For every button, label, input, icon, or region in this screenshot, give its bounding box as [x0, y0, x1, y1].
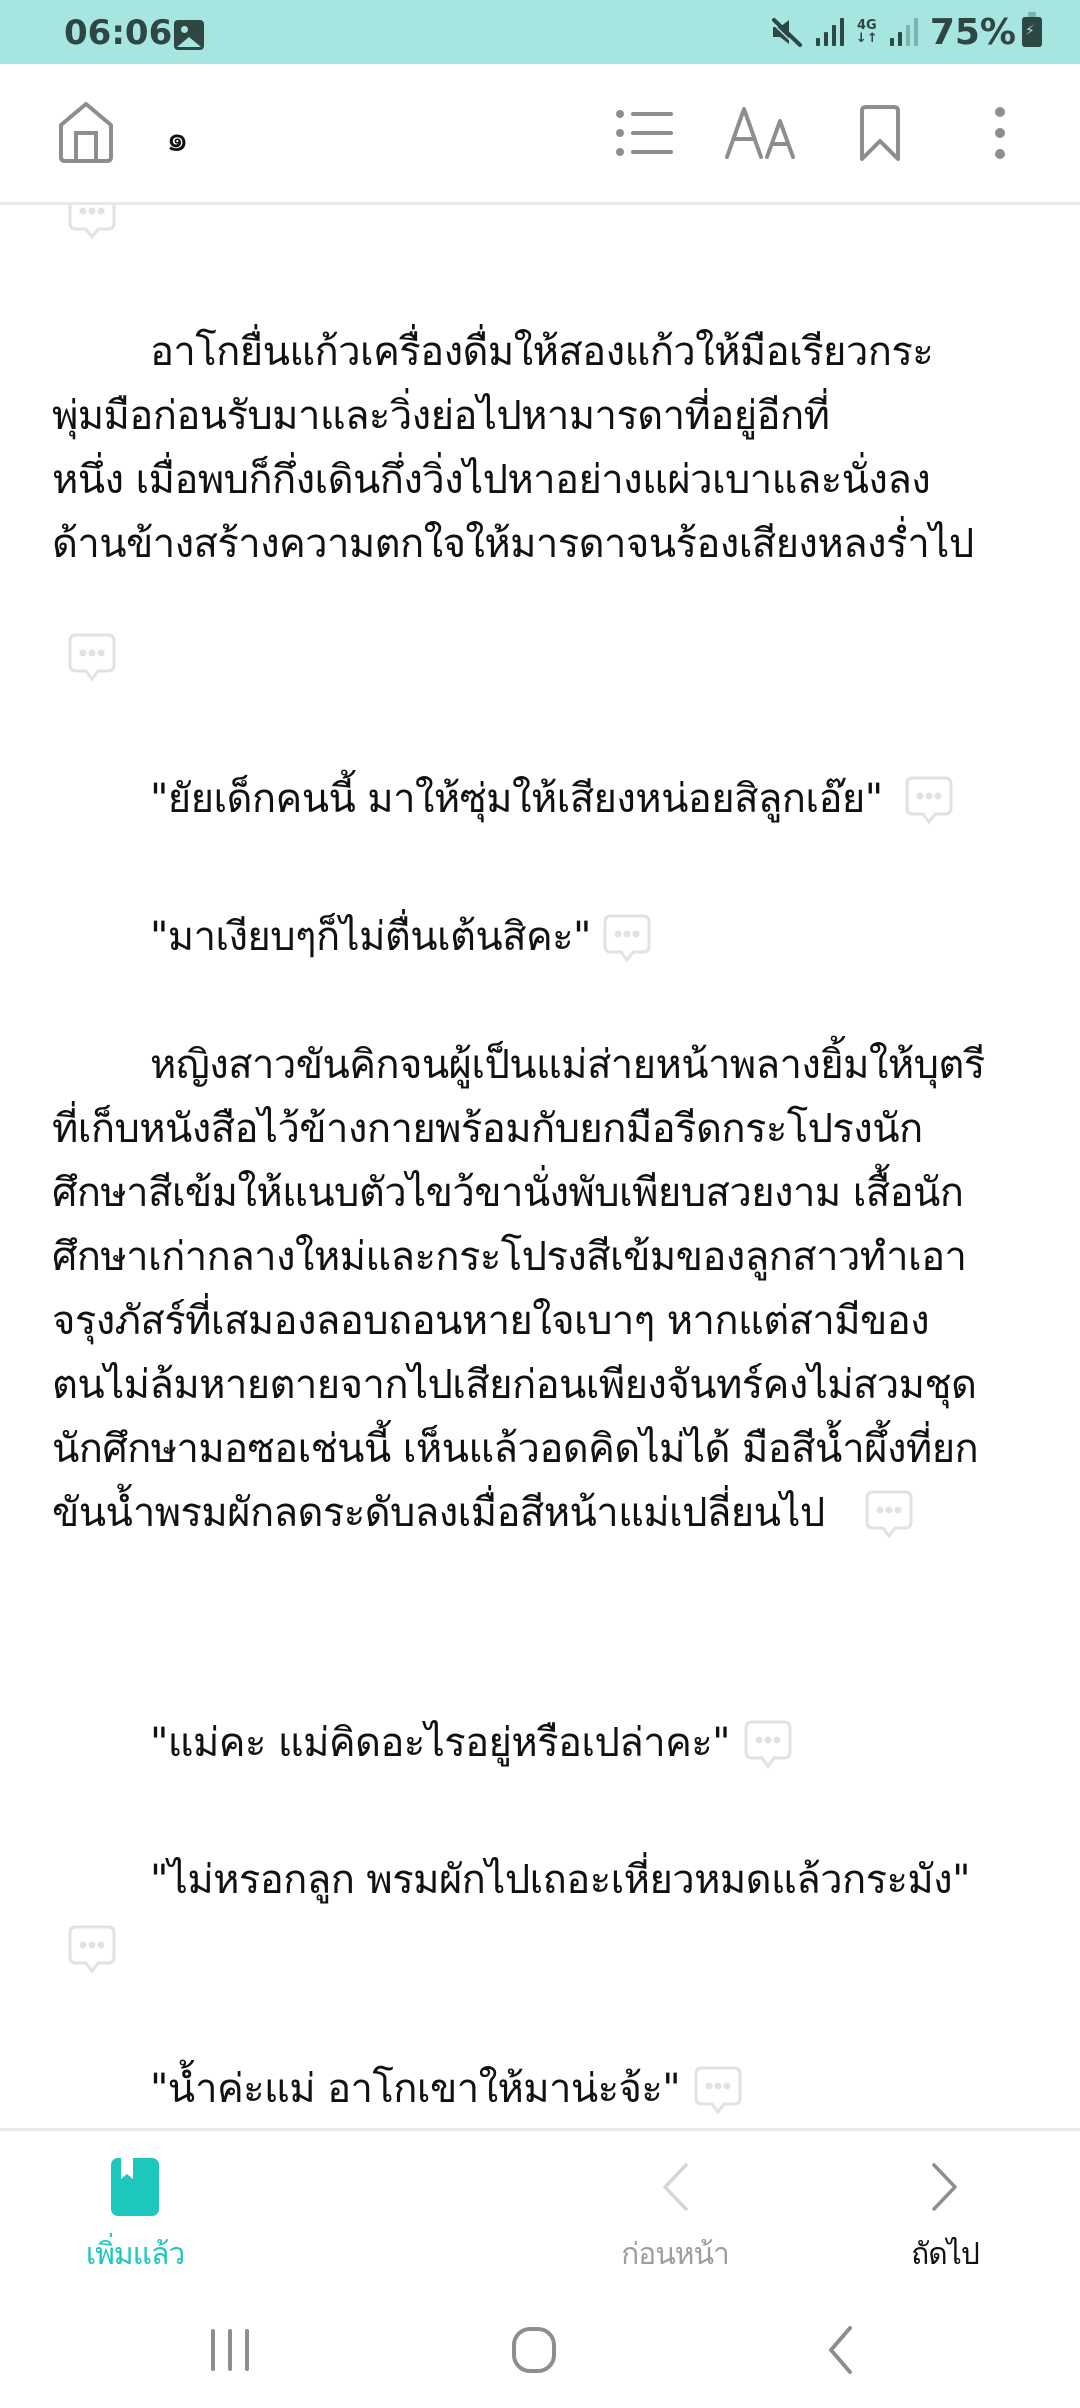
more-options-button[interactable]	[980, 64, 1020, 202]
paragraph-line: "มาเงียบๆก็ไม่ตื่นเต้นสิคะ"	[52, 905, 1036, 969]
chevron-right-icon	[931, 2155, 959, 2219]
paragraph-line: จรุงภัสร์ที่เสมองลอบถอนหายใจเบาๆ หากแต่ส…	[52, 1289, 1036, 1353]
paragraph-comment-button[interactable]	[694, 2066, 742, 2116]
comment-icon	[865, 1490, 913, 1540]
paragraph-line: ตนไม่ล้มหายตายจากไปเสียก่อนเพียงจันทร์คง…	[52, 1353, 1036, 1417]
table-of-contents-button[interactable]	[610, 64, 680, 202]
comment-icon	[603, 914, 651, 964]
paragraph-text: ขันน้ำพรมผักลดระดับลงเมื่อสีหน้าแม่เปลี่…	[52, 1490, 825, 1536]
paragraph-line: หญิงสาวขันคิกจนผู้เป็นแม่ส่ายหน้าพลางยิ้…	[52, 1033, 1036, 1097]
next-label: ถัดไป	[911, 2237, 979, 2273]
system-back-button[interactable]	[800, 2310, 880, 2390]
comment-icon	[905, 776, 953, 826]
recent-apps-button[interactable]	[190, 2310, 270, 2390]
image-notification-icon	[174, 20, 204, 50]
system-home-button[interactable]	[494, 2310, 574, 2390]
comment-icon	[68, 1925, 116, 1975]
paragraph-line: หนึ่ง เมื่อพบก็กึ่งเดินกึ่งวิ่งไปหาอย่าง…	[52, 448, 1036, 512]
4g-data-icon: 4G↓↑	[856, 19, 878, 45]
chevron-left-icon	[661, 2155, 689, 2219]
network-type: 4G	[857, 18, 877, 33]
reader-header: ๑	[0, 64, 1080, 205]
recent-apps-icon	[208, 2327, 252, 2373]
chapter-nav-bar: เพิ่มแล้ว ก่อนหน้า ถัดไป	[0, 2128, 1080, 2290]
paragraph: "มาเงียบๆก็ไม่ตื่นเต้นสิคะ"	[52, 905, 1036, 969]
table-of-contents-icon	[615, 108, 675, 158]
signal-weak-icon	[890, 18, 918, 46]
more-vert-icon	[993, 105, 1007, 161]
paragraph-line: นักศึกษามอซอเช่นนี้ เห็นแล้วอดคิดไม่ได้ …	[52, 1417, 1036, 1481]
paragraph: "ไม่หรอกลูก พรมผักไปเถอะเหี่ยวหมดแล้วกระ…	[52, 1848, 1036, 1912]
previous-chapter-button[interactable]: ก่อนหน้า	[610, 2131, 740, 2290]
paragraph: อาโกยื่นแก้วเครื่องดื่มให้สองแก้วให้มือเ…	[52, 320, 1036, 576]
paragraph-comment-button[interactable]	[68, 633, 116, 683]
home-button[interactable]	[50, 64, 122, 202]
paragraph-comment-button[interactable]	[68, 205, 116, 241]
bookmark-icon	[858, 105, 902, 161]
back-icon	[826, 2325, 854, 2375]
comment-icon	[68, 633, 116, 683]
signal-icon	[816, 18, 844, 46]
paragraph-line: พุ่มมือก่อนรับมาและวิ่งย่อไปหามารดาที่อย…	[52, 384, 1036, 448]
paragraph-line: "แม่คะ แม่คิดอะไรอยู่หรือเปล่าคะ"	[52, 1711, 1036, 1775]
paragraph-line: ด้านข้างสร้างความตกใจให้มารดาจนร้องเสียง…	[52, 512, 1036, 576]
font-size-icon	[725, 107, 799, 159]
home-icon	[57, 101, 115, 165]
paragraph-line: ศึกษาสีเข้มให้แนบตัวไขว้ขานั่งพับเพียบสว…	[52, 1161, 1036, 1225]
paragraph: "ยัยเด็กคนนี้ มาให้ซุ่มให้เสียงหน่อยสิลู…	[52, 767, 1036, 831]
previous-label: ก่อนหน้า	[621, 2237, 729, 2273]
paragraph-text: "แม่คะ แม่คิดอะไรอยู่หรือเปล่าคะ"	[150, 1720, 730, 1766]
battery-percent: 75%	[930, 12, 1016, 53]
paragraph-text: "ยัยเด็กคนนี้ มาให้ซุ่มให้เสียงหน่อยสิลู…	[150, 776, 883, 822]
paragraph-line: "ยัยเด็กคนนี้ มาให้ซุ่มให้เสียงหน่อยสิลู…	[52, 767, 1036, 831]
paragraph: หญิงสาวขันคิกจนผู้เป็นแม่ส่ายหน้าพลางยิ้…	[52, 1033, 1036, 1545]
paragraph-line: ที่เก็บหนังสือไว้ข้างกายพร้อมกับยกมือรีด…	[52, 1097, 1036, 1161]
paragraph: "แม่คะ แม่คิดอะไรอยู่หรือเปล่าคะ"	[52, 1711, 1036, 1775]
added-to-library-button[interactable]: เพิ่มแล้ว	[70, 2131, 200, 2290]
system-navigation-bar	[0, 2290, 1080, 2408]
comment-icon	[694, 2066, 742, 2116]
bookmark-button[interactable]	[852, 64, 908, 202]
chapter-content[interactable]: อาโกยื่นแก้วเครื่องดื่มให้สองแก้วให้มือเ…	[0, 205, 1080, 2130]
status-time: 06:06	[64, 13, 172, 53]
paragraph-comment-button[interactable]	[905, 776, 953, 826]
paragraph-line: ขันน้ำพรมผักลดระดับลงเมื่อสีหน้าแม่เปลี่…	[52, 1481, 1036, 1545]
paragraph-comment-button[interactable]	[68, 1925, 116, 1975]
paragraph-line: "น้ำค่ะแม่ อาโกเขาให้มาน่ะจ้ะ"	[52, 2057, 1036, 2121]
font-size-button[interactable]	[720, 64, 804, 202]
paragraph-text: "มาเงียบๆก็ไม่ตื่นเต้นสิคะ"	[150, 914, 591, 960]
battery-charging-icon	[1022, 17, 1042, 47]
comment-icon	[68, 205, 116, 241]
status-bar: 06:06 4G↓↑ 75%	[0, 0, 1080, 64]
status-icons: 4G↓↑ 75%	[770, 12, 1042, 52]
comment-icon	[744, 1720, 792, 1770]
chapter-title: ๑	[166, 110, 189, 167]
paragraph-text: "น้ำค่ะแม่ อาโกเขาให้มาน่ะจ้ะ"	[150, 2066, 680, 2112]
home-circle-icon	[511, 2326, 557, 2374]
paragraph-line: ศึกษาเก่ากลางใหม่และกระโปรงสีเข้มของลูกส…	[52, 1225, 1036, 1289]
paragraph-line: อาโกยื่นแก้วเครื่องดื่มให้สองแก้วให้มือเ…	[52, 320, 1036, 384]
added-label: เพิ่มแล้ว	[86, 2237, 184, 2273]
paragraph-line: "ไม่หรอกลูก พรมผักไปเถอะเหี่ยวหมดแล้วกระ…	[52, 1848, 1036, 1912]
paragraph-comment-button[interactable]	[865, 1490, 913, 1540]
paragraph-comment-button[interactable]	[603, 914, 651, 964]
paragraph-comment-button[interactable]	[744, 1720, 792, 1770]
paragraph: "น้ำค่ะแม่ อาโกเขาให้มาน่ะจ้ะ"	[52, 2057, 1036, 2121]
mute-icon	[770, 17, 804, 47]
bookmark-book-icon	[110, 2155, 160, 2219]
next-chapter-button[interactable]: ถัดไป	[880, 2131, 1010, 2290]
